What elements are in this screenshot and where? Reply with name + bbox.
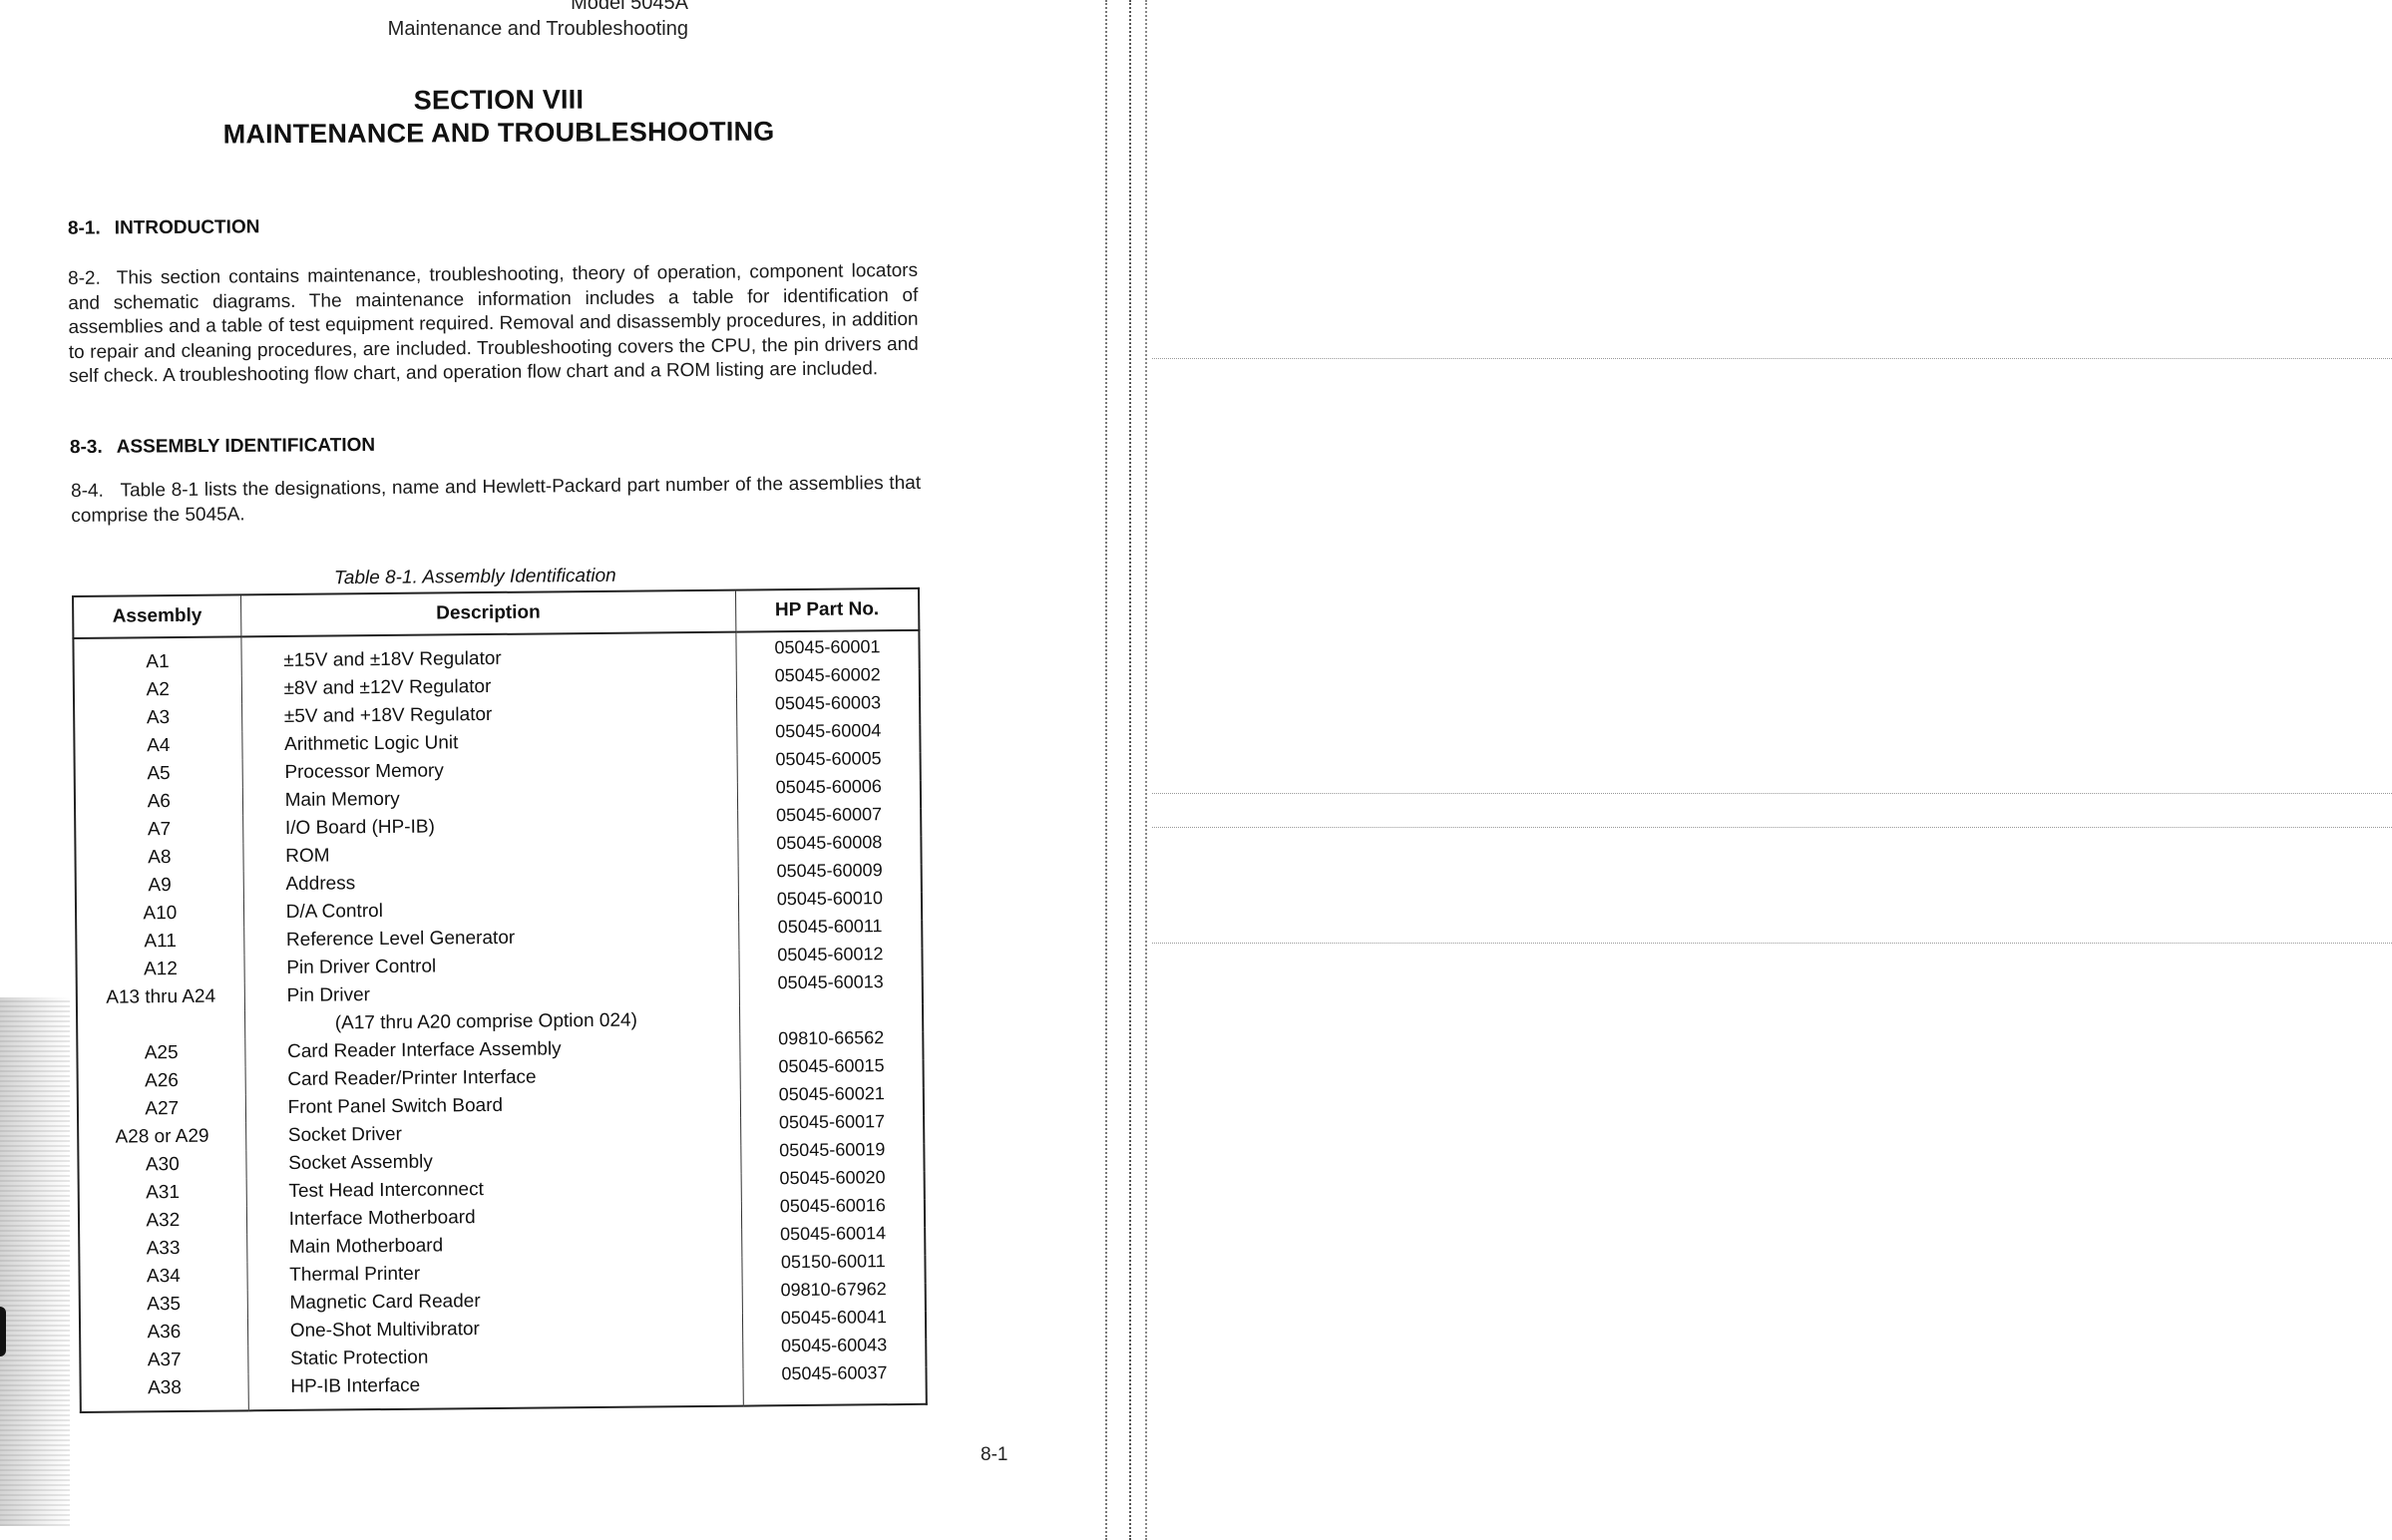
cell-assembly: A6 — [75, 787, 242, 817]
cell-part-number: 05045-60013 — [739, 967, 923, 997]
cell-part-number: 05045-60001 — [736, 621, 920, 662]
cell-part-number: 05045-60002 — [736, 660, 920, 690]
section-title-line1: SECTION VIII — [150, 82, 848, 119]
cell-part-number: 05150-60011 — [742, 1247, 926, 1277]
cell-part-number: 05045-60014 — [741, 1219, 925, 1249]
scan-artifact-line — [1152, 358, 2392, 359]
cell-description: ±15V and ±18V Regulator — [241, 632, 737, 676]
document-page: Model 5045A Maintenance and Troubleshoot… — [0, 0, 1097, 1540]
table-caption: Table 8-1. Assembly Identification — [334, 566, 616, 589]
cell-assembly: A13 thru A24 — [77, 982, 244, 1012]
cell-part-number: 05045-60011 — [738, 912, 922, 942]
cell-assembly: A35 — [80, 1290, 247, 1320]
paragraph-8-2: 8-2. This section contains maintenance, … — [68, 259, 919, 390]
cell-assembly: A38 — [81, 1373, 249, 1412]
column-header-description: Description — [240, 590, 736, 637]
cell-part-number: 05045-60016 — [741, 1191, 925, 1221]
cell-assembly: A33 — [79, 1234, 246, 1264]
cell-assembly: A11 — [76, 927, 243, 957]
cell-assembly: A36 — [80, 1318, 247, 1347]
cell-part-number: 05045-60007 — [737, 800, 921, 830]
table-body: A1±15V and ±18V Regulator05045-60001A2±8… — [73, 630, 926, 1412]
cell-part-number: 09810-67962 — [742, 1275, 926, 1305]
cell-assembly: A8 — [75, 843, 242, 873]
cell-part-number: 05045-60021 — [740, 1079, 924, 1109]
cell-assembly: A31 — [79, 1178, 246, 1208]
cell-assembly: A9 — [76, 871, 243, 901]
scan-artifact-line — [1152, 943, 2392, 944]
paragraph-number: 8-4. — [71, 481, 104, 502]
column-header-assembly: Assembly — [73, 594, 241, 638]
scan-artifact-line — [1152, 827, 2392, 828]
cell-assembly: A12 — [76, 955, 243, 984]
scan-artifact-line — [1152, 793, 2392, 794]
section-title: SECTION VIII MAINTENANCE AND TROUBLESHOO… — [150, 82, 848, 152]
running-header-section: Maintenance and Troubleshooting — [388, 18, 688, 41]
assembly-identification-table: Assembly Description HP Part No. A1±15V … — [72, 587, 928, 1413]
cell-assembly: A2 — [74, 675, 241, 705]
cell-assembly: A28 or A29 — [78, 1122, 245, 1152]
paragraph-number: 8-2. — [68, 268, 101, 289]
cell-assembly: A3 — [74, 703, 241, 733]
cell-assembly: A34 — [79, 1262, 246, 1292]
binding-edge-line — [1129, 0, 1131, 1540]
binding-hole-mark — [0, 1307, 6, 1356]
cell-part-number — [739, 995, 923, 1025]
heading-number: 8-1. — [68, 217, 101, 238]
cell-assembly: A32 — [79, 1206, 246, 1236]
cell-assembly: A27 — [78, 1094, 245, 1124]
paragraph-text: This section contains maintenance, troub… — [68, 260, 919, 388]
binding-edge-line — [1105, 0, 1107, 1540]
cell-part-number: 05045-60006 — [737, 772, 921, 802]
scan-shadow — [0, 997, 70, 1526]
cell-assembly — [77, 1010, 244, 1040]
cell-part-number: 05045-60043 — [742, 1331, 926, 1360]
heading-text: ASSEMBLY IDENTIFICATION — [117, 435, 375, 458]
cell-assembly: A1 — [73, 636, 241, 677]
cell-part-number: 05045-60008 — [738, 828, 922, 858]
cell-part-number: 05045-60012 — [739, 940, 923, 969]
cell-part-number: 05045-60041 — [742, 1303, 926, 1333]
cell-part-number: 05045-60015 — [740, 1051, 924, 1081]
paragraph-8-4: 8-4. Table 8-1 lists the designations, n… — [71, 472, 921, 529]
cell-part-number: 05045-60020 — [741, 1163, 925, 1193]
heading-text: INTRODUCTION — [115, 216, 260, 238]
heading-assembly-identification: 8-3.ASSEMBLY IDENTIFICATION — [70, 435, 375, 459]
binding-edge-line — [1145, 0, 1147, 1540]
cell-assembly: A25 — [77, 1038, 244, 1068]
section-title-line2: MAINTENANCE AND TROUBLESHOOTING — [150, 115, 848, 152]
paragraph-text: Table 8-1 lists the designations, name a… — [71, 473, 921, 527]
cell-part-number: 05045-60004 — [737, 716, 921, 746]
cell-part-number: 09810-66562 — [739, 1023, 923, 1053]
cell-assembly: A10 — [76, 899, 243, 929]
cell-part-number: 05045-60019 — [741, 1135, 925, 1165]
cell-assembly: A4 — [74, 731, 241, 761]
running-header-model: Model 5045A — [571, 0, 688, 15]
cell-assembly: A37 — [80, 1346, 247, 1375]
cell-part-number: 05045-60037 — [743, 1358, 927, 1397]
cell-part-number: 05045-60005 — [737, 744, 921, 774]
cell-assembly: A5 — [75, 759, 242, 789]
cell-part-number: 05045-60017 — [740, 1107, 924, 1137]
page-number: 8-1 — [981, 1444, 1007, 1466]
cell-assembly: A26 — [78, 1066, 245, 1096]
table-row: A38HP-IB Interface05045-60037 — [81, 1367, 927, 1412]
cell-assembly: A30 — [78, 1150, 245, 1180]
heading-introduction: 8-1.INTRODUCTION — [68, 216, 260, 239]
cell-part-number: 05045-60010 — [738, 884, 922, 914]
cell-assembly: A7 — [75, 815, 242, 845]
cell-description: HP-IB Interface — [248, 1369, 743, 1411]
cell-part-number: 05045-60009 — [738, 856, 922, 886]
heading-number: 8-3. — [70, 437, 103, 458]
cell-part-number: 05045-60003 — [736, 688, 920, 718]
